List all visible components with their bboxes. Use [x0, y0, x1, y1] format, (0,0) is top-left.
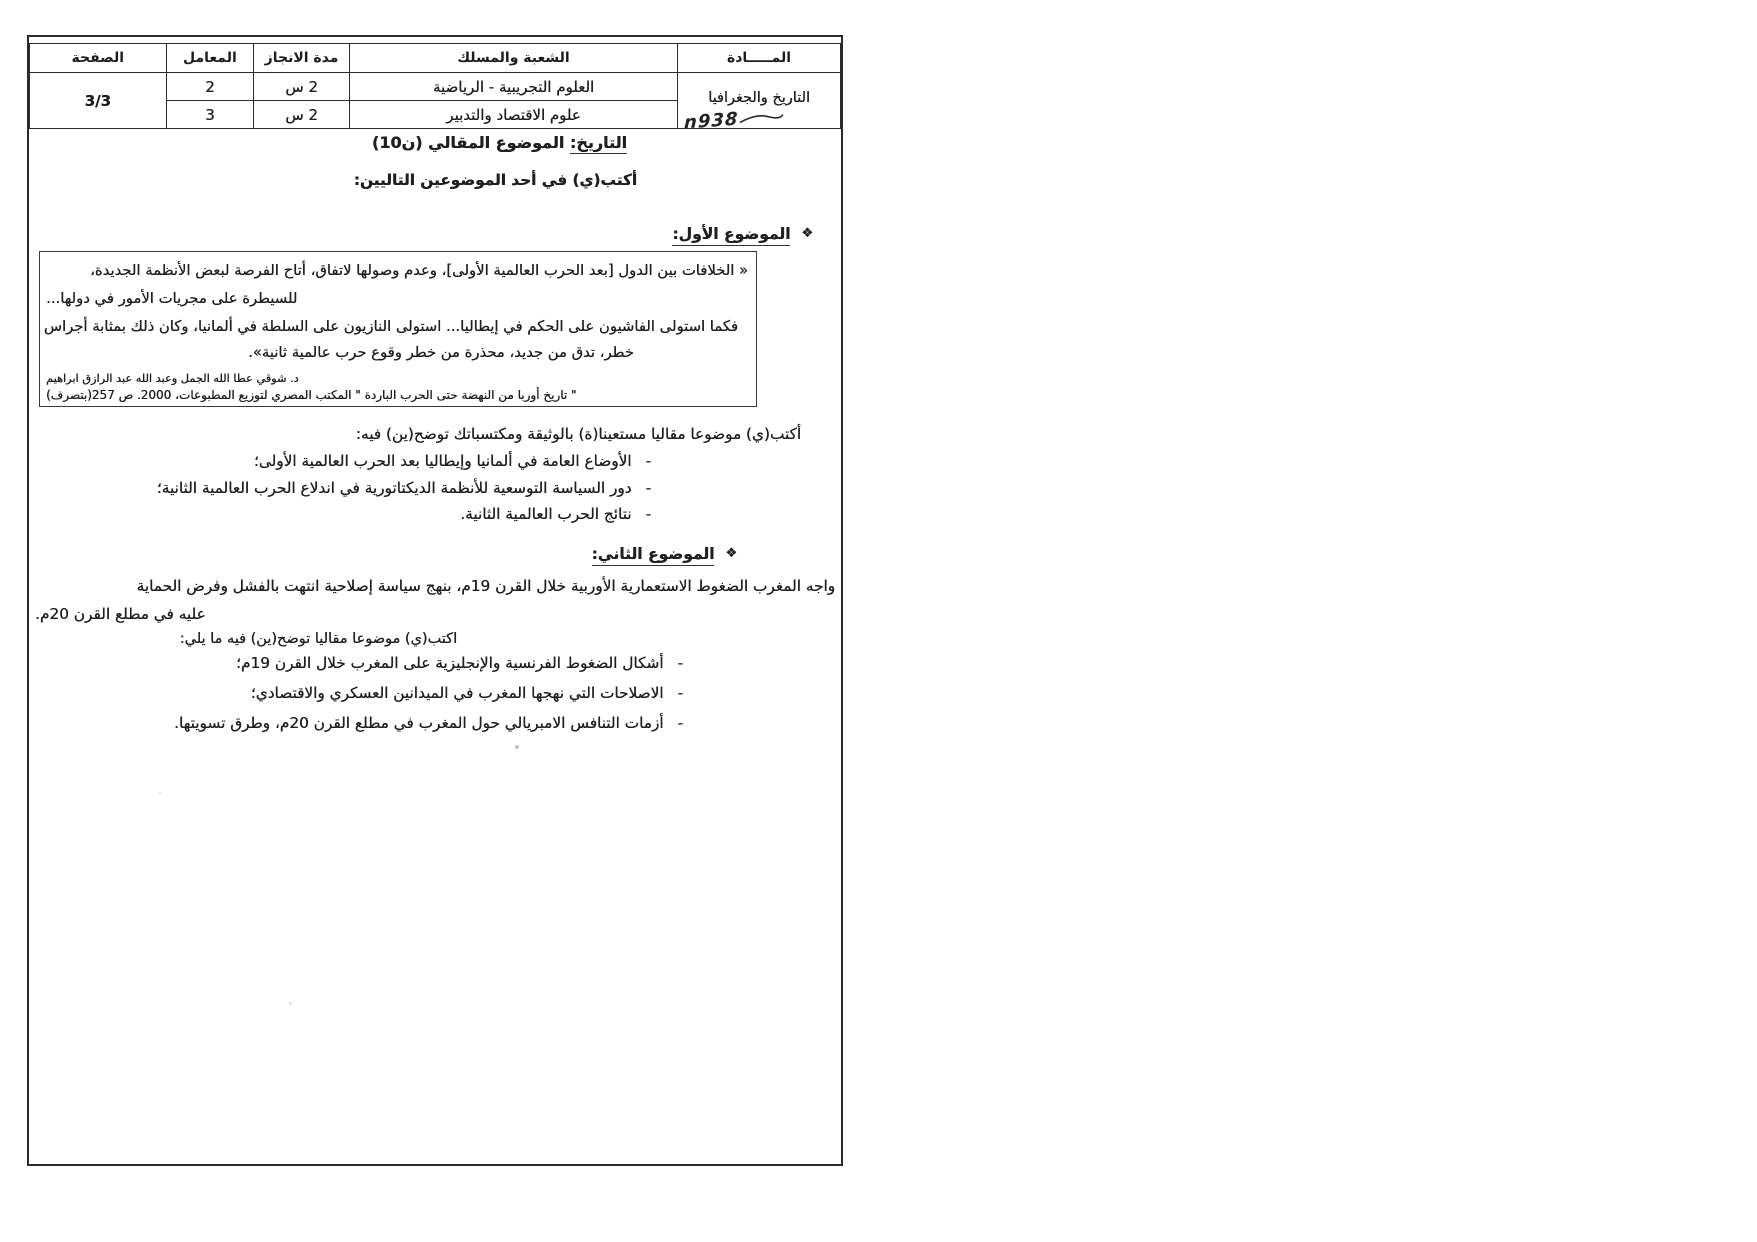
column-header-coefficient: المعامل — [166, 44, 254, 73]
document-quote-box: « الخلافات بين الدول [بعد الحرب العالمية… — [39, 251, 757, 407]
topic2-bullet-1: -أشكال الضغوط الفرنسية والإنجليزية على ا… — [236, 654, 683, 672]
coefficient-value-row2: 3 — [166, 101, 254, 129]
track-value-row2: علوم الاقتصاد والتدبير — [349, 101, 677, 129]
points-badge: (10ن) — [372, 133, 423, 152]
scan-speck — [515, 745, 519, 749]
topic1-bullet-1: -الأوضاع العامة في ألمانيا وإيطاليا بعد … — [254, 452, 651, 470]
topic2-heading-label: الموضوع الثاني: — [592, 545, 715, 566]
column-header-page: الصفحة — [30, 44, 167, 73]
quote-source-reference: " تاريخ أوربا من النهضة حتى الحرب البارد… — [46, 388, 576, 402]
dash-bullet-icon: - — [677, 654, 683, 672]
dash-bullet-icon: - — [677, 714, 683, 732]
topic1-heading-label: الموضوع الأول: — [672, 225, 790, 246]
topic2-instruction: اكتب(ي) موضوعا مقاليا توضح(ين) فيه ما يل… — [180, 631, 457, 647]
document-border: المـــــادة الشعبة والمسلك مدة الانجاز ا… — [27, 35, 843, 1166]
subject-label: التاريخ: — [570, 133, 627, 154]
topic2-bullet-2: -الاصلاحات التي نهجها المغرب في الميداني… — [251, 684, 683, 702]
exam-info-table: المـــــادة الشعبة والمسلك مدة الانجاز ا… — [29, 43, 841, 129]
dash-bullet-icon: - — [645, 452, 651, 470]
column-header-track: الشعبة والمسلك — [349, 44, 677, 73]
column-header-duration: مدة الانجاز — [254, 44, 350, 73]
scan-speck — [289, 1002, 292, 1005]
title-text: الموضوع المقالي — [428, 133, 564, 152]
subject-cell: التاريخ والجغرافيا n938 — [678, 73, 841, 129]
handwritten-swoosh-mark — [738, 110, 784, 125]
duration-value-row2: 2 س — [254, 101, 350, 129]
scanned-exam-page: المـــــادة الشعبة والمسلك مدة الانجاز ا… — [0, 0, 1757, 1242]
diamond-icon: ❖ — [801, 226, 813, 241]
dash-bullet-icon: - — [677, 684, 683, 702]
quote-line: للسيطرة على مجريات الأمور في دولها... — [46, 290, 297, 307]
dash-bullet-icon: - — [645, 505, 651, 523]
topic2-paragraph-line2: عليه في مطلع القرن 20م. — [35, 605, 206, 623]
topic1-bullet-2: -دور السياسة التوسعية للأنظمة الديكتاتور… — [157, 479, 651, 497]
track-value-row1: العلوم التجريبية - الرياضية — [349, 73, 677, 101]
section-title: التاريخ: الموضوع المقالي (10ن) — [372, 133, 627, 152]
quote-line: « الخلافات بين الدول [بعد الحرب العالمية… — [90, 262, 748, 279]
duration-value-row1: 2 س — [254, 73, 350, 101]
topic2-bullet-3: -أزمات التنافس الامبريالي حول المغرب في … — [174, 714, 683, 732]
handwritten-mark: n938 — [684, 105, 785, 128]
subject-value: التاريخ والجغرافيا — [681, 90, 837, 106]
diamond-icon: ❖ — [725, 546, 737, 561]
topic1-bullet-3: -نتائج الحرب العالمية الثانية. — [460, 505, 651, 523]
table-row: التاريخ والجغرافيا n938 العلوم التجريبية… — [30, 73, 841, 101]
quote-line: فكما استولى الفاشيون على الحكم في إيطالي… — [44, 318, 738, 335]
coefficient-value-row1: 2 — [166, 73, 254, 101]
quote-line: خطر، تدق من جديد، محذرة من خطر وقوع حرب … — [248, 344, 634, 361]
topic2-heading: ❖ الموضوع الثاني: — [592, 545, 738, 563]
table-header-row: المـــــادة الشعبة والمسلك مدة الانجاز ا… — [30, 44, 841, 73]
topic1-instruction: أكتب(ي) موضوعا مقاليا مستعينا(ة) بالوثيق… — [356, 425, 801, 443]
intro-instruction: أكتب(ي) في أحد الموضوعين التاليين: — [354, 171, 637, 189]
topic1-heading: ❖ الموضوع الأول: — [672, 225, 813, 243]
page-number: 3/3 — [30, 73, 167, 129]
scan-speck — [159, 792, 161, 794]
quote-source-authors: د. شوقي عطا الله الجمل وعبد الله عبد الر… — [46, 372, 299, 385]
topic2-paragraph-line1: واجه المغرب الضغوط الاستعمارية الأوربية … — [137, 577, 835, 595]
column-header-subject: المـــــادة — [678, 44, 841, 73]
dash-bullet-icon: - — [645, 479, 651, 497]
